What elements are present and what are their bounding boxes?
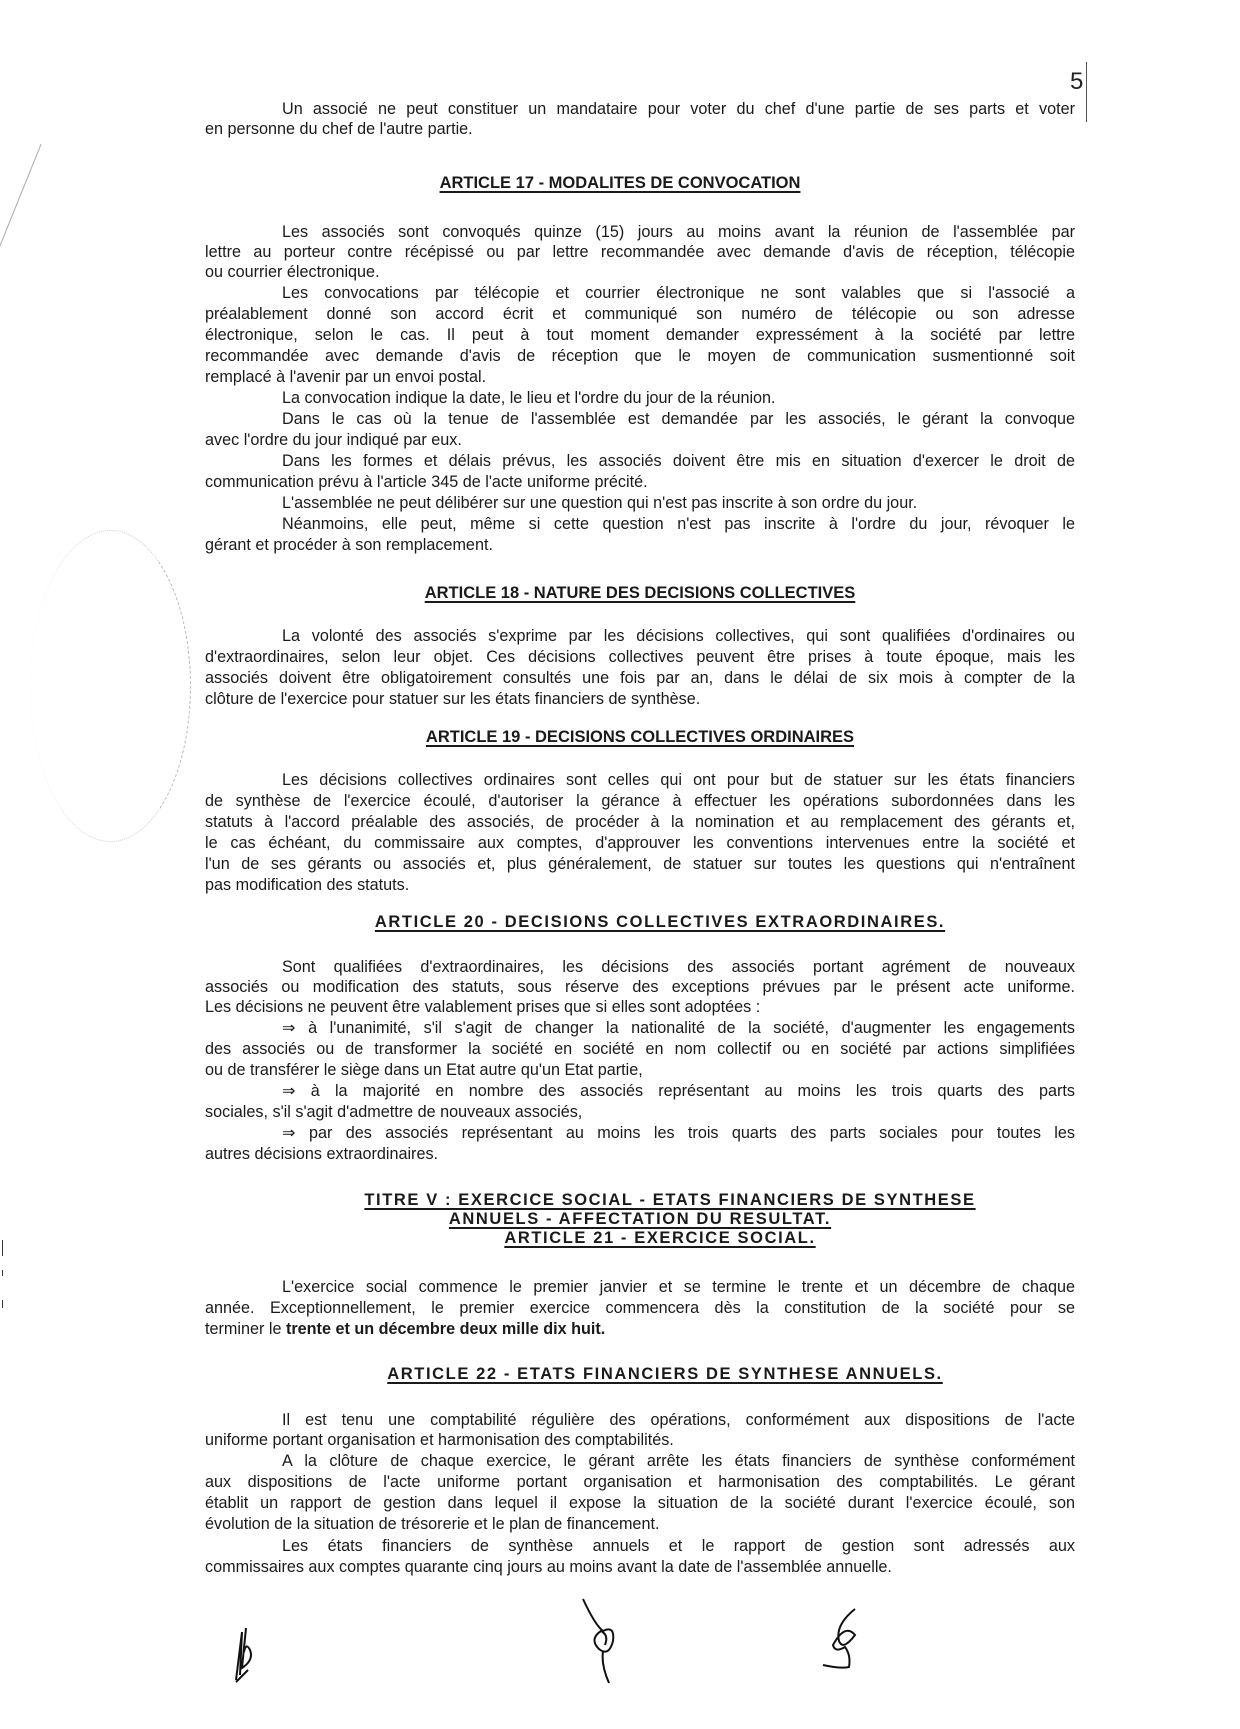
paragraph-line: préalablement donné son accord écrit et … xyxy=(205,304,1075,324)
article-17-heading: ARTICLE 17 - MODALITES DE CONVOCATION xyxy=(0,173,1240,193)
paragraph-line: gérant et procéder à son remplacement. xyxy=(205,535,1075,555)
paragraph-line: aux dispositions de l'acte uniforme port… xyxy=(205,1472,1075,1492)
paragraph-line: Les convocations par télécopie et courri… xyxy=(282,283,1075,303)
paragraph-line: associés doivent être obligatoirement co… xyxy=(205,668,1075,688)
paragraph-line: Sont qualifiées d'extraordinaires, les d… xyxy=(282,957,1075,977)
signature-2 xyxy=(575,1595,635,1685)
paragraph-line: Dans le cas où la tenue de l'assemblée e… xyxy=(282,409,1075,429)
paragraph-line: communication prévu à l'article 345 de l… xyxy=(205,472,1075,492)
paragraph-line: pas modification des statuts. xyxy=(205,875,1075,895)
list-item-line: ⇒ par des associés représentant au moins… xyxy=(282,1123,1075,1143)
paragraph-line: La convocation indique la date, le lieu … xyxy=(282,388,1075,408)
paragraph-line: lettre au porteur contre récépissé ou pa… xyxy=(205,242,1075,262)
article-21-heading: ARTICLE 21 - EXERCICE SOCIAL. xyxy=(40,1228,1240,1248)
paragraph-line: établit un rapport de gestion dans leque… xyxy=(205,1493,1075,1513)
signature-1 xyxy=(228,1620,268,1690)
paragraph-line: d'extraordinaires, selon leur objet. Ces… xyxy=(205,647,1075,667)
paragraph-line: Les associés sont convoqués quinze (15) … xyxy=(282,222,1075,242)
paragraph-line: La volonté des associés s'exprime par le… xyxy=(282,626,1075,646)
list-item-line: ou de transférer le siège dans un Etat a… xyxy=(205,1060,1075,1080)
paragraph-line: terminer le trente et un décembre deux m… xyxy=(205,1319,1075,1339)
paragraph-line: Un associé ne peut constituer un mandata… xyxy=(282,99,1075,119)
paragraph-line: statuts à l'accord préalable des associé… xyxy=(205,812,1075,832)
paragraph-line: ou courrier électronique. xyxy=(205,262,1075,282)
titre-5-heading-line-2: ANNUELS - AFFECTATION DU RESULTAT. xyxy=(20,1209,1240,1229)
margin-rule xyxy=(1086,62,1087,122)
titre-5-heading-line-1: TITRE V : EXERCICE SOCIAL - ETATS FINANC… xyxy=(50,1190,1240,1210)
paragraph-line: année. Exceptionnellement, le premier ex… xyxy=(205,1298,1075,1318)
paragraph-line: uniforme portant organisation et harmoni… xyxy=(205,1430,1075,1450)
article-22-heading: ARTICLE 22 - ETATS FINANCIERS DE SYNTHES… xyxy=(45,1364,1240,1384)
paragraph-line: A la clôture de chaque exercice, le géra… xyxy=(282,1451,1075,1471)
list-item-line: ⇒ à l'unanimité, s'il s'agit de changer … xyxy=(282,1018,1075,1038)
list-item-line: des associés ou de transformer la sociét… xyxy=(205,1039,1075,1059)
end-date-emphasis: trente et un décembre deux mille dix hui… xyxy=(286,1320,605,1338)
faded-stamp xyxy=(30,530,191,842)
paragraph-line: L'exercice social commence le premier ja… xyxy=(282,1277,1075,1297)
paragraph-line: Les états financiers de synthèse annuels… xyxy=(282,1536,1075,1556)
paragraph-line: Néanmoins, elle peut, même si cette ques… xyxy=(282,514,1075,534)
paragraph-line: Les décisions collectives ordinaires son… xyxy=(282,770,1075,790)
paragraph-line: associés ou modification des statuts, so… xyxy=(205,977,1075,997)
paragraph-line: commissaires aux comptes quarante cinq j… xyxy=(205,1557,1075,1577)
paragraph-line: avec l'ordre du jour indiqué par eux. xyxy=(205,430,1075,450)
article-20-heading: ARTICLE 20 - DECISIONS COLLECTIVES EXTRA… xyxy=(40,912,1240,932)
list-item-line: autres décisions extraordinaires. xyxy=(205,1144,1075,1164)
article-18-heading: ARTICLE 18 - NATURE DES DECISIONS COLLEC… xyxy=(20,583,1240,603)
paragraph-line: en personne du chef de l'autre partie. xyxy=(205,119,1075,139)
document-page: 5 Un associé ne peut constituer un manda… xyxy=(0,0,1240,1729)
paragraph-line: évolution de la situation de trésorerie … xyxy=(205,1514,1075,1534)
paragraph-line: L'assemblée ne peut délibérer sur une qu… xyxy=(282,493,1075,513)
signature-3 xyxy=(815,1605,875,1675)
paragraph-line: clôture de l'exercice pour statuer sur l… xyxy=(205,689,1075,709)
paragraph-line: électronique, selon le cas. Il peut à to… xyxy=(205,325,1075,345)
paragraph-line: Dans les formes et délais prévus, les as… xyxy=(282,451,1075,471)
page-number: 5 xyxy=(1070,68,1083,96)
paragraph-line: de synthèse de l'exercice écoulé, d'auto… xyxy=(205,791,1075,811)
paragraph-line: Il est tenu une comptabilité régulière d… xyxy=(282,1410,1075,1430)
paragraph-line: recommandée avec demande d'avis de récep… xyxy=(205,346,1075,366)
paragraph-line: le cas échéant, du commissaire aux compt… xyxy=(205,833,1075,853)
scan-artifact-mark xyxy=(2,1300,3,1308)
paragraph-line: l'un de ses gérants ou associés et, plus… xyxy=(205,854,1075,874)
paragraph-line: Les décisions ne peuvent être valablemen… xyxy=(205,997,1075,1017)
article-19-heading: ARTICLE 19 - DECISIONS COLLECTIVES ORDIN… xyxy=(20,727,1240,747)
list-item-line: ⇒ à la majorité en nombre des associés r… xyxy=(282,1081,1075,1101)
scan-artifact-line xyxy=(0,144,42,246)
list-item-line: sociales, s'il s'agit d'admettre de nouv… xyxy=(205,1102,1075,1122)
scan-artifact-mark xyxy=(2,1270,3,1276)
scan-artifact-mark xyxy=(2,1240,3,1256)
paragraph-line: remplacé à l'avenir par un envoi postal. xyxy=(205,367,1075,387)
